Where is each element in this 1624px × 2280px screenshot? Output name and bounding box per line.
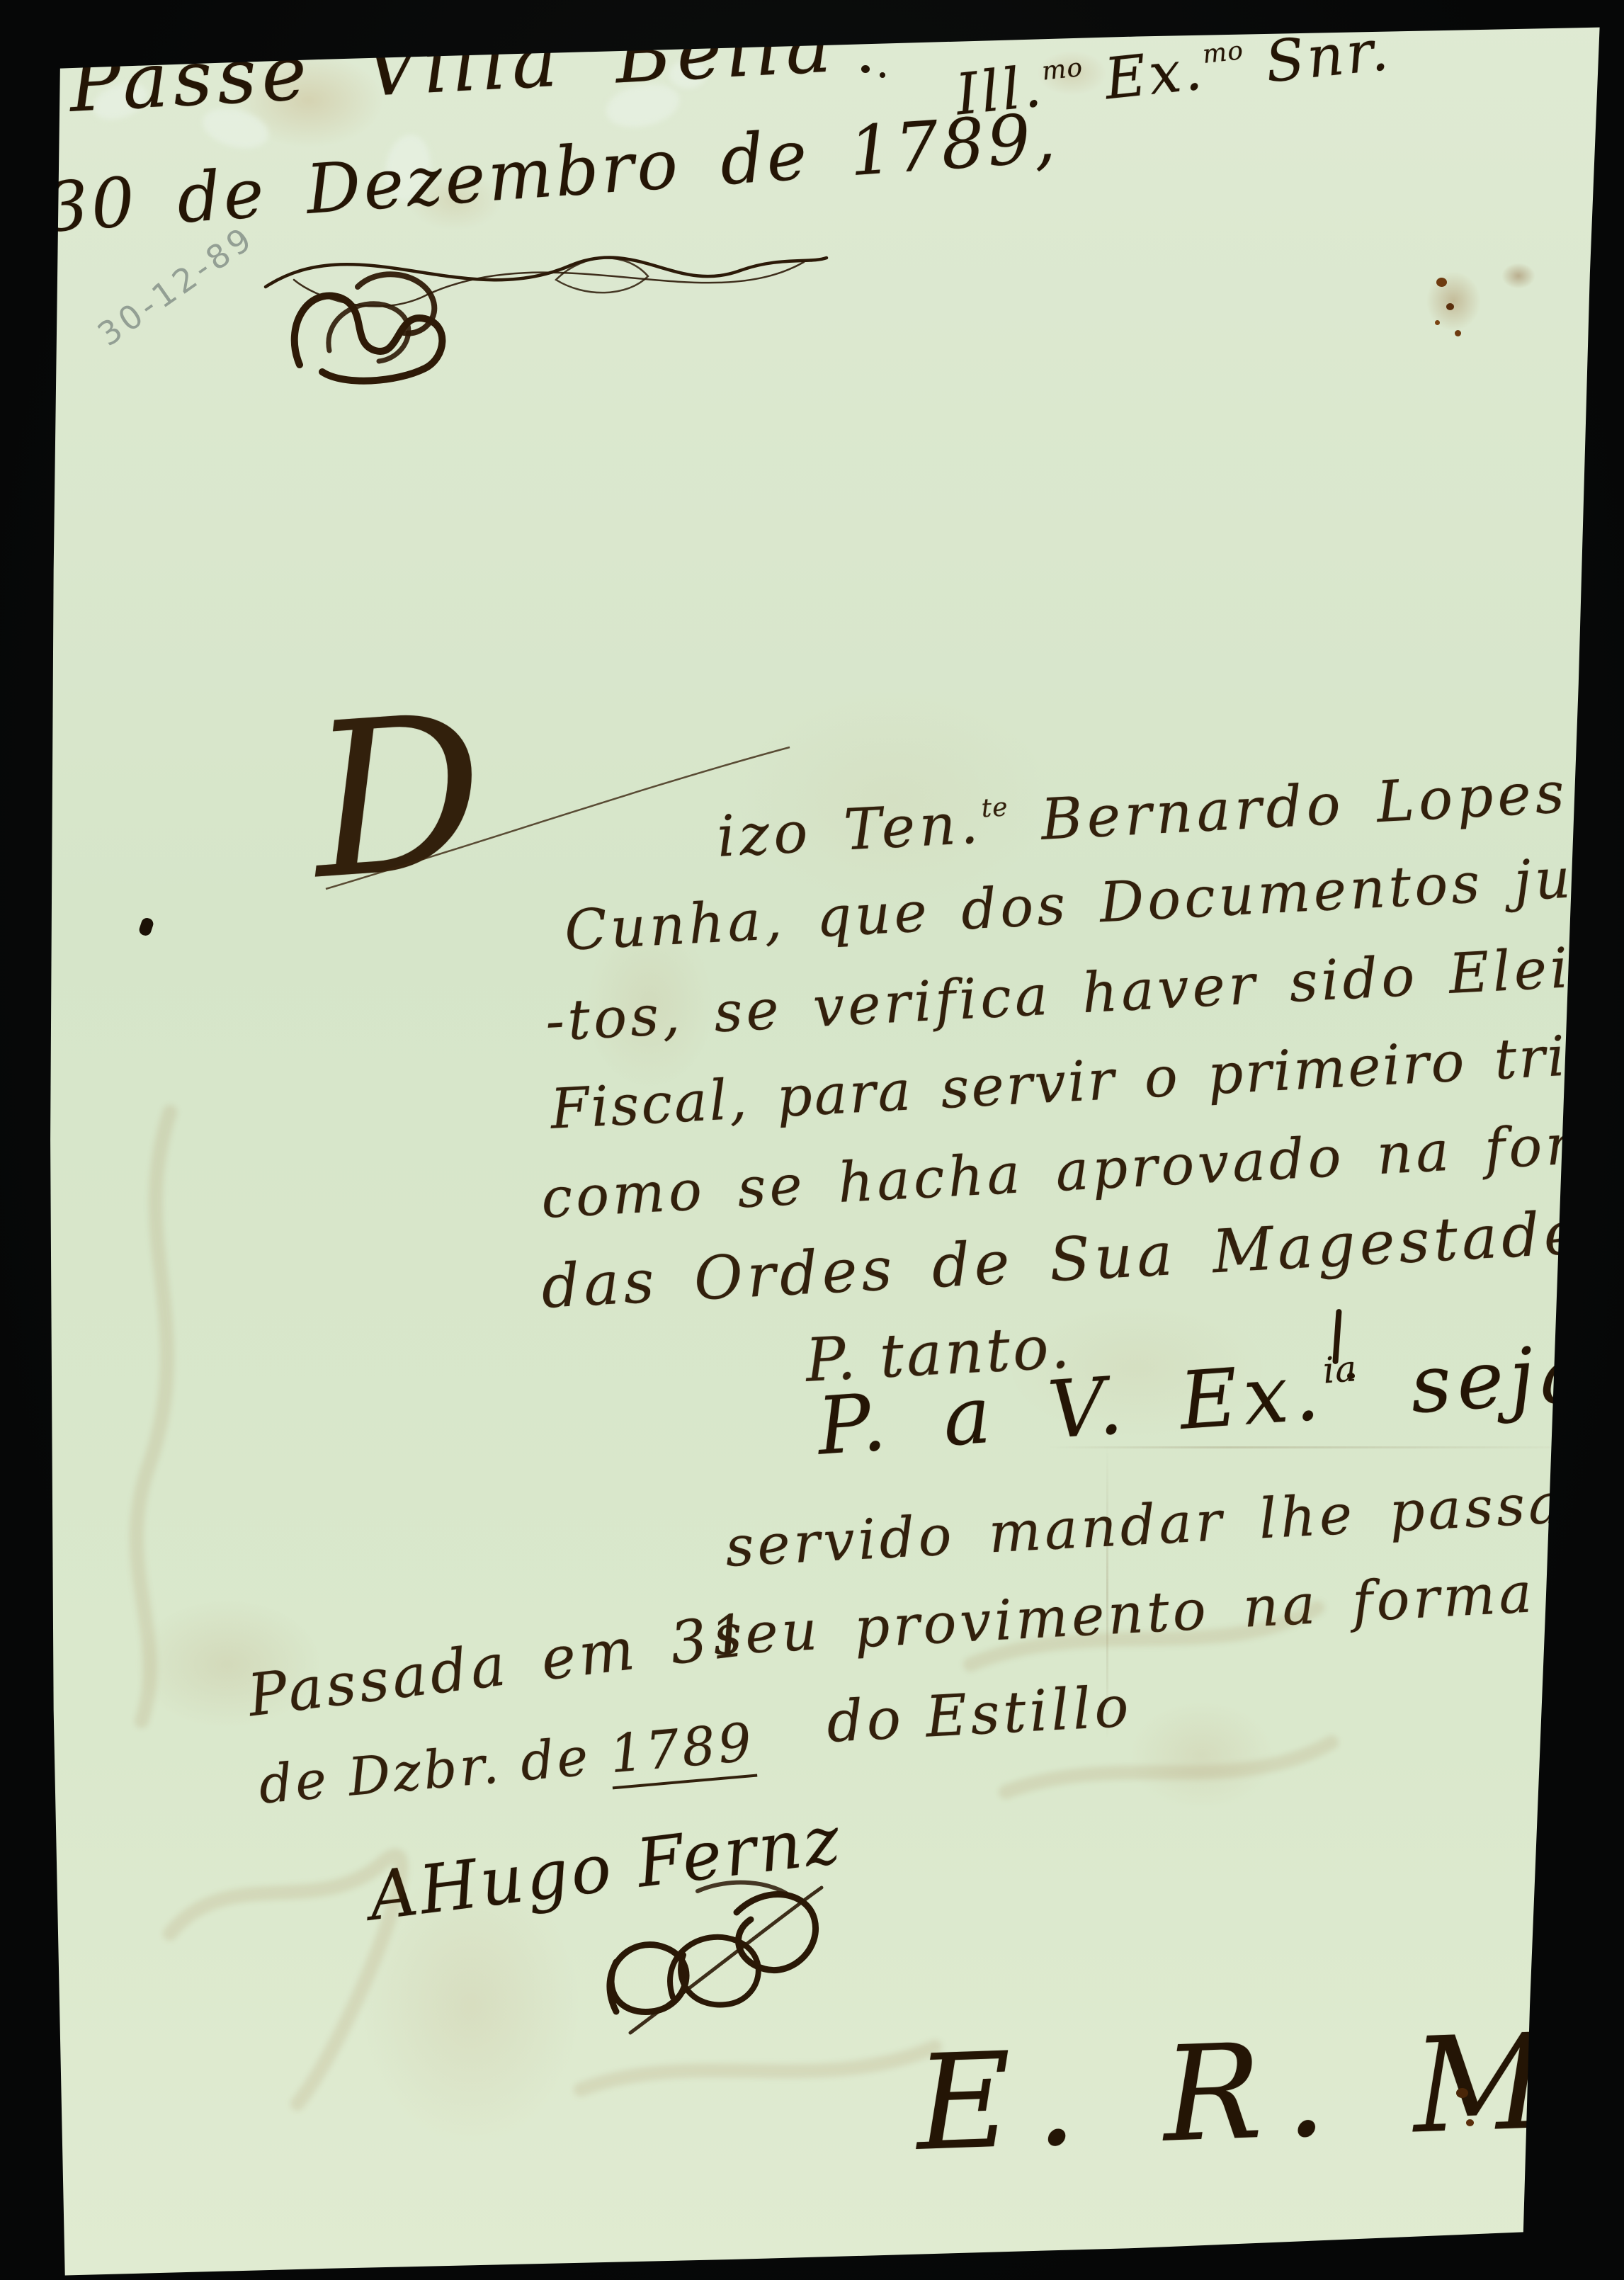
document-paper: Passe Villa Bella Ill.mo Ex.mo Snr. 30 d… [0, 0, 1624, 2280]
ink-blot [138, 917, 155, 937]
stain-spot [1435, 320, 1440, 325]
stain-spot [861, 65, 870, 73]
salutation-superscript: mo [1201, 36, 1245, 69]
stain-spot [1466, 2119, 1474, 2126]
salutation-superscript: mo [1040, 53, 1084, 86]
salutation-part: Ex. [1081, 36, 1208, 114]
salutation-part: Snr. [1242, 17, 1394, 98]
stain-spot [1436, 278, 1447, 287]
header-title: Passe Villa Bella [67, 1, 839, 130]
stain-spot [1455, 330, 1461, 336]
body-line-1-text: izo Ten. [715, 790, 984, 869]
flourish-rubric [280, 244, 464, 407]
body-line-1-text: Bernardo Lopes da [1007, 754, 1624, 854]
body-line-1-superscript: te [981, 793, 1009, 823]
bleed-through-marks [85, 1027, 1431, 2231]
ink-blot [20, 493, 27, 507]
stain-spot [1446, 303, 1454, 310]
ink-blot [17, 449, 26, 469]
stain-spot [1456, 2088, 1468, 2098]
stain-spot [880, 72, 885, 78]
photo-backdrop: Passe Villa Bella Ill.mo Ex.mo Snr. 30 d… [0, 0, 1624, 2280]
